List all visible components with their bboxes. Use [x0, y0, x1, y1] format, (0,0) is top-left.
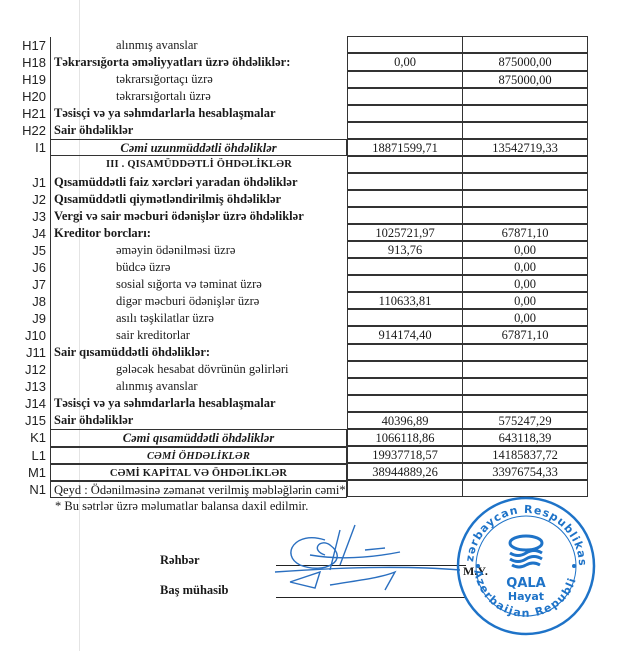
prior-period-value — [463, 361, 588, 378]
row-label: əməyin ödənilməsi üzrə — [50, 242, 347, 259]
row-code: J9 — [0, 310, 48, 327]
current-period-value: 38944889,26 — [347, 463, 463, 480]
row-code — [0, 156, 48, 173]
current-period-value — [347, 309, 463, 326]
prior-period-value: 67871,10 — [463, 326, 588, 343]
prior-period-value: 0,00 — [463, 241, 588, 258]
prior-period-value: 575247,29 — [463, 412, 588, 429]
current-period-value — [347, 344, 463, 361]
table-row: əməyin ödənilməsi üzrə913,760,00 — [50, 242, 588, 259]
current-period-value: 1066118,86 — [347, 429, 463, 446]
table-row: asılı təşkilatlar üzrə0,00 — [50, 310, 588, 327]
svg-text:QALA: QALA — [506, 576, 545, 591]
table-row: Qısamüddətli faiz xərcləri yaradan öhdəl… — [50, 174, 588, 191]
prior-period-value — [463, 395, 588, 412]
row-label: CƏMİ KAPİTAL VƏ ÖHDƏLİKLƏR — [50, 464, 347, 481]
row-code: M1 — [0, 464, 48, 481]
current-period-value — [347, 173, 463, 190]
current-period-value — [347, 258, 463, 275]
row-code: J4 — [0, 225, 48, 242]
row-code: H18 — [0, 54, 48, 71]
row-label: asılı təşkilatlar üzrə — [50, 310, 347, 327]
prior-period-value — [463, 36, 588, 53]
prior-period-value: 643118,39 — [463, 429, 588, 446]
row-code: K1 — [0, 429, 48, 446]
current-period-value — [347, 361, 463, 378]
prior-period-value — [463, 378, 588, 395]
row-label: Sair qısamüddətli öhdəliklər: — [50, 344, 347, 361]
current-period-value — [347, 122, 463, 139]
row-code: H20 — [0, 88, 48, 105]
row-label: III . QISAMÜDDƏTLİ ÖHDƏLİKLƏR — [50, 156, 347, 173]
prior-period-value: 14185837,72 — [463, 446, 588, 463]
table-row: Sair qısamüddətli öhdəliklər: — [50, 344, 588, 361]
table-row: Vergi və sair məcburi ödənişlər üzrə öhd… — [50, 208, 588, 225]
row-label: Vergi və sair məcburi ödənişlər üzrə öhd… — [50, 208, 347, 225]
row-code: J5 — [0, 242, 48, 259]
current-period-value — [347, 156, 463, 173]
row-code: J6 — [0, 259, 48, 276]
row-code: J2 — [0, 191, 48, 208]
row-code: J11 — [0, 344, 48, 361]
prior-period-value: 0,00 — [463, 309, 588, 326]
prior-period-value: 0,00 — [463, 258, 588, 275]
current-period-value: 18871599,71 — [347, 139, 463, 156]
table-row: təkrarsığortalı üzrə — [50, 88, 588, 105]
row-code: J14 — [0, 395, 48, 412]
table-row: büdcə üzrə0,00 — [50, 259, 588, 276]
row-label: Sair öhdəliklər — [50, 412, 347, 429]
table-row: Cəmi uzunmüddətli öhdəliklər18871599,711… — [50, 139, 588, 156]
prior-period-value: 67871,10 — [463, 224, 588, 241]
row-code: L1 — [0, 447, 48, 464]
row-label: Cəmi uzunmüddətli öhdəliklər — [50, 139, 347, 156]
current-period-value: 1025721,97 — [347, 224, 463, 241]
table-row: CƏMİ KAPİTAL VƏ ÖHDƏLİKLƏR38944889,26339… — [50, 464, 588, 481]
current-period-value: 40396,89 — [347, 412, 463, 429]
row-label: alınmış avanslar — [50, 37, 347, 54]
prior-period-value — [463, 190, 588, 207]
table-row: sair kreditorlar914174,4067871,10 — [50, 327, 588, 344]
current-period-value — [347, 275, 463, 292]
row-label: Cəmi qısamüddətli öhdəliklər — [50, 429, 347, 446]
table-row: gələcək hesabat dövrünün gəlirləri — [50, 361, 588, 378]
table-row: Kreditor borcları:1025721,9767871,10 — [50, 225, 588, 242]
row-label: sosial sığorta və təminat üzrə — [50, 276, 347, 293]
current-period-value — [347, 207, 463, 224]
prior-period-value — [463, 173, 588, 190]
row-code: J3 — [0, 208, 48, 225]
current-period-value — [347, 36, 463, 53]
row-code: H17 — [0, 37, 48, 54]
table-row: digər məcburi ödənişlər üzrə110633,810,0… — [50, 293, 588, 310]
current-period-value — [347, 480, 463, 497]
row-code: N1 — [0, 481, 48, 498]
row-code: J15 — [0, 412, 48, 429]
row-code: J12 — [0, 361, 48, 378]
current-period-value — [347, 190, 463, 207]
table-row: Təkrarsığorta əməliyyatları üzrə öhdəlik… — [50, 54, 588, 71]
chief-accountant-label: Baş mühasib — [160, 583, 228, 598]
row-code: H22 — [0, 122, 48, 139]
prior-period-value: 0,00 — [463, 292, 588, 309]
current-period-value: 914174,40 — [347, 326, 463, 343]
table-row: Təsisçi və ya səhmdarlarla hesablaşmalar — [50, 105, 588, 122]
table-row: Təsisçi və ya səhmdarlarla hesablaşmalar — [50, 395, 588, 412]
row-label: CƏMİ ÖHDƏLİKLƏR — [50, 447, 347, 464]
prior-period-value: 875000,00 — [463, 53, 588, 70]
table-row: III . QISAMÜDDƏTLİ ÖHDƏLİKLƏR — [50, 156, 588, 173]
current-period-value — [347, 88, 463, 105]
current-period-value — [347, 71, 463, 88]
row-code: J10 — [0, 327, 48, 344]
row-codes-column: H17H18H19H20H21H22I1J1J2J3J4J5J6J7J8J9J1… — [0, 37, 48, 498]
table-row: təkrarsığortaçı üzrə875000,00 — [50, 71, 588, 88]
row-label: Qısamüddətli faiz xərcləri yaradan öhdəl… — [50, 174, 347, 191]
table-row: sosial sığorta və təminat üzrə0,00 — [50, 276, 588, 293]
signature-scribble-icon — [270, 520, 470, 600]
prior-period-value — [463, 207, 588, 224]
table-row: Sair öhdəliklər40396,89575247,29 — [50, 412, 588, 429]
table-row: CƏMİ ÖHDƏLİKLƏR19937718,5714185837,72 — [50, 447, 588, 464]
prior-period-value — [463, 122, 588, 139]
footnote: * Bu sətrlər üzrə məlumatlar balansa dax… — [55, 499, 308, 514]
table-row: Qısamüddətli qiymətləndirilmiş öhdəliklə… — [50, 191, 588, 208]
row-label: digər məcburi ödənişlər üzrə — [50, 293, 347, 310]
row-label: Təkrarsığorta əməliyyatları üzrə öhdəlik… — [50, 54, 347, 71]
current-period-value — [347, 395, 463, 412]
company-stamp-icon: Azərbaycan Respublikası Azerbaijan Repub… — [455, 495, 597, 637]
row-label: alınmış avanslar — [50, 378, 347, 395]
row-label: Kreditor borcları: — [50, 225, 347, 242]
prior-period-value — [463, 105, 588, 122]
row-label: Təsisçi və ya səhmdarlarla hesablaşmalar — [50, 105, 347, 122]
current-period-value: 913,76 — [347, 241, 463, 258]
row-label: gələcək hesabat dövrünün gəlirləri — [50, 361, 347, 378]
row-label: təkrarsığortalı üzrə — [50, 88, 347, 105]
table-row: alınmış avanslar — [50, 37, 588, 54]
prior-period-value: 0,00 — [463, 275, 588, 292]
row-code: H21 — [0, 105, 48, 122]
prior-period-value: 33976754,33 — [463, 463, 588, 480]
balance-sheet-table: alınmış avanslarTəkrarsığorta əməliyyatl… — [50, 37, 588, 498]
prior-period-value: 875000,00 — [463, 71, 588, 88]
row-code: I1 — [0, 139, 48, 156]
prior-period-value: 13542719,33 — [463, 139, 588, 156]
table-row: Cəmi qısamüddətli öhdəliklər1066118,8664… — [50, 429, 588, 446]
table-row: alınmış avanslar — [50, 378, 588, 395]
table-row: Sair öhdəliklər — [50, 122, 588, 139]
prior-period-value — [463, 156, 588, 173]
current-period-value — [347, 105, 463, 122]
prior-period-value — [463, 88, 588, 105]
svg-text:Hayat: Hayat — [508, 590, 544, 603]
row-code: J13 — [0, 378, 48, 395]
row-label: sair kreditorlar — [50, 327, 347, 344]
current-period-value: 0,00 — [347, 53, 463, 70]
row-code: J7 — [0, 276, 48, 293]
row-code: J8 — [0, 293, 48, 310]
row-label: təkrarsığortaçı üzrə — [50, 71, 347, 88]
row-label: Qeyd : Ödənilməsinə zəmanət verilmiş məb… — [50, 481, 347, 498]
director-label: Rəhbər — [160, 553, 200, 568]
current-period-value: 110633,81 — [347, 292, 463, 309]
current-period-value: 19937718,57 — [347, 446, 463, 463]
row-code: J1 — [0, 174, 48, 191]
row-label: büdcə üzrə — [50, 259, 347, 276]
row-label: Qısamüddətli qiymətləndirilmiş öhdəliklə… — [50, 191, 347, 208]
row-code: H19 — [0, 71, 48, 88]
row-label: Təsisçi və ya səhmdarlarla hesablaşmalar — [50, 395, 347, 412]
row-label: Sair öhdəliklər — [50, 122, 347, 139]
prior-period-value — [463, 344, 588, 361]
current-period-value — [347, 378, 463, 395]
